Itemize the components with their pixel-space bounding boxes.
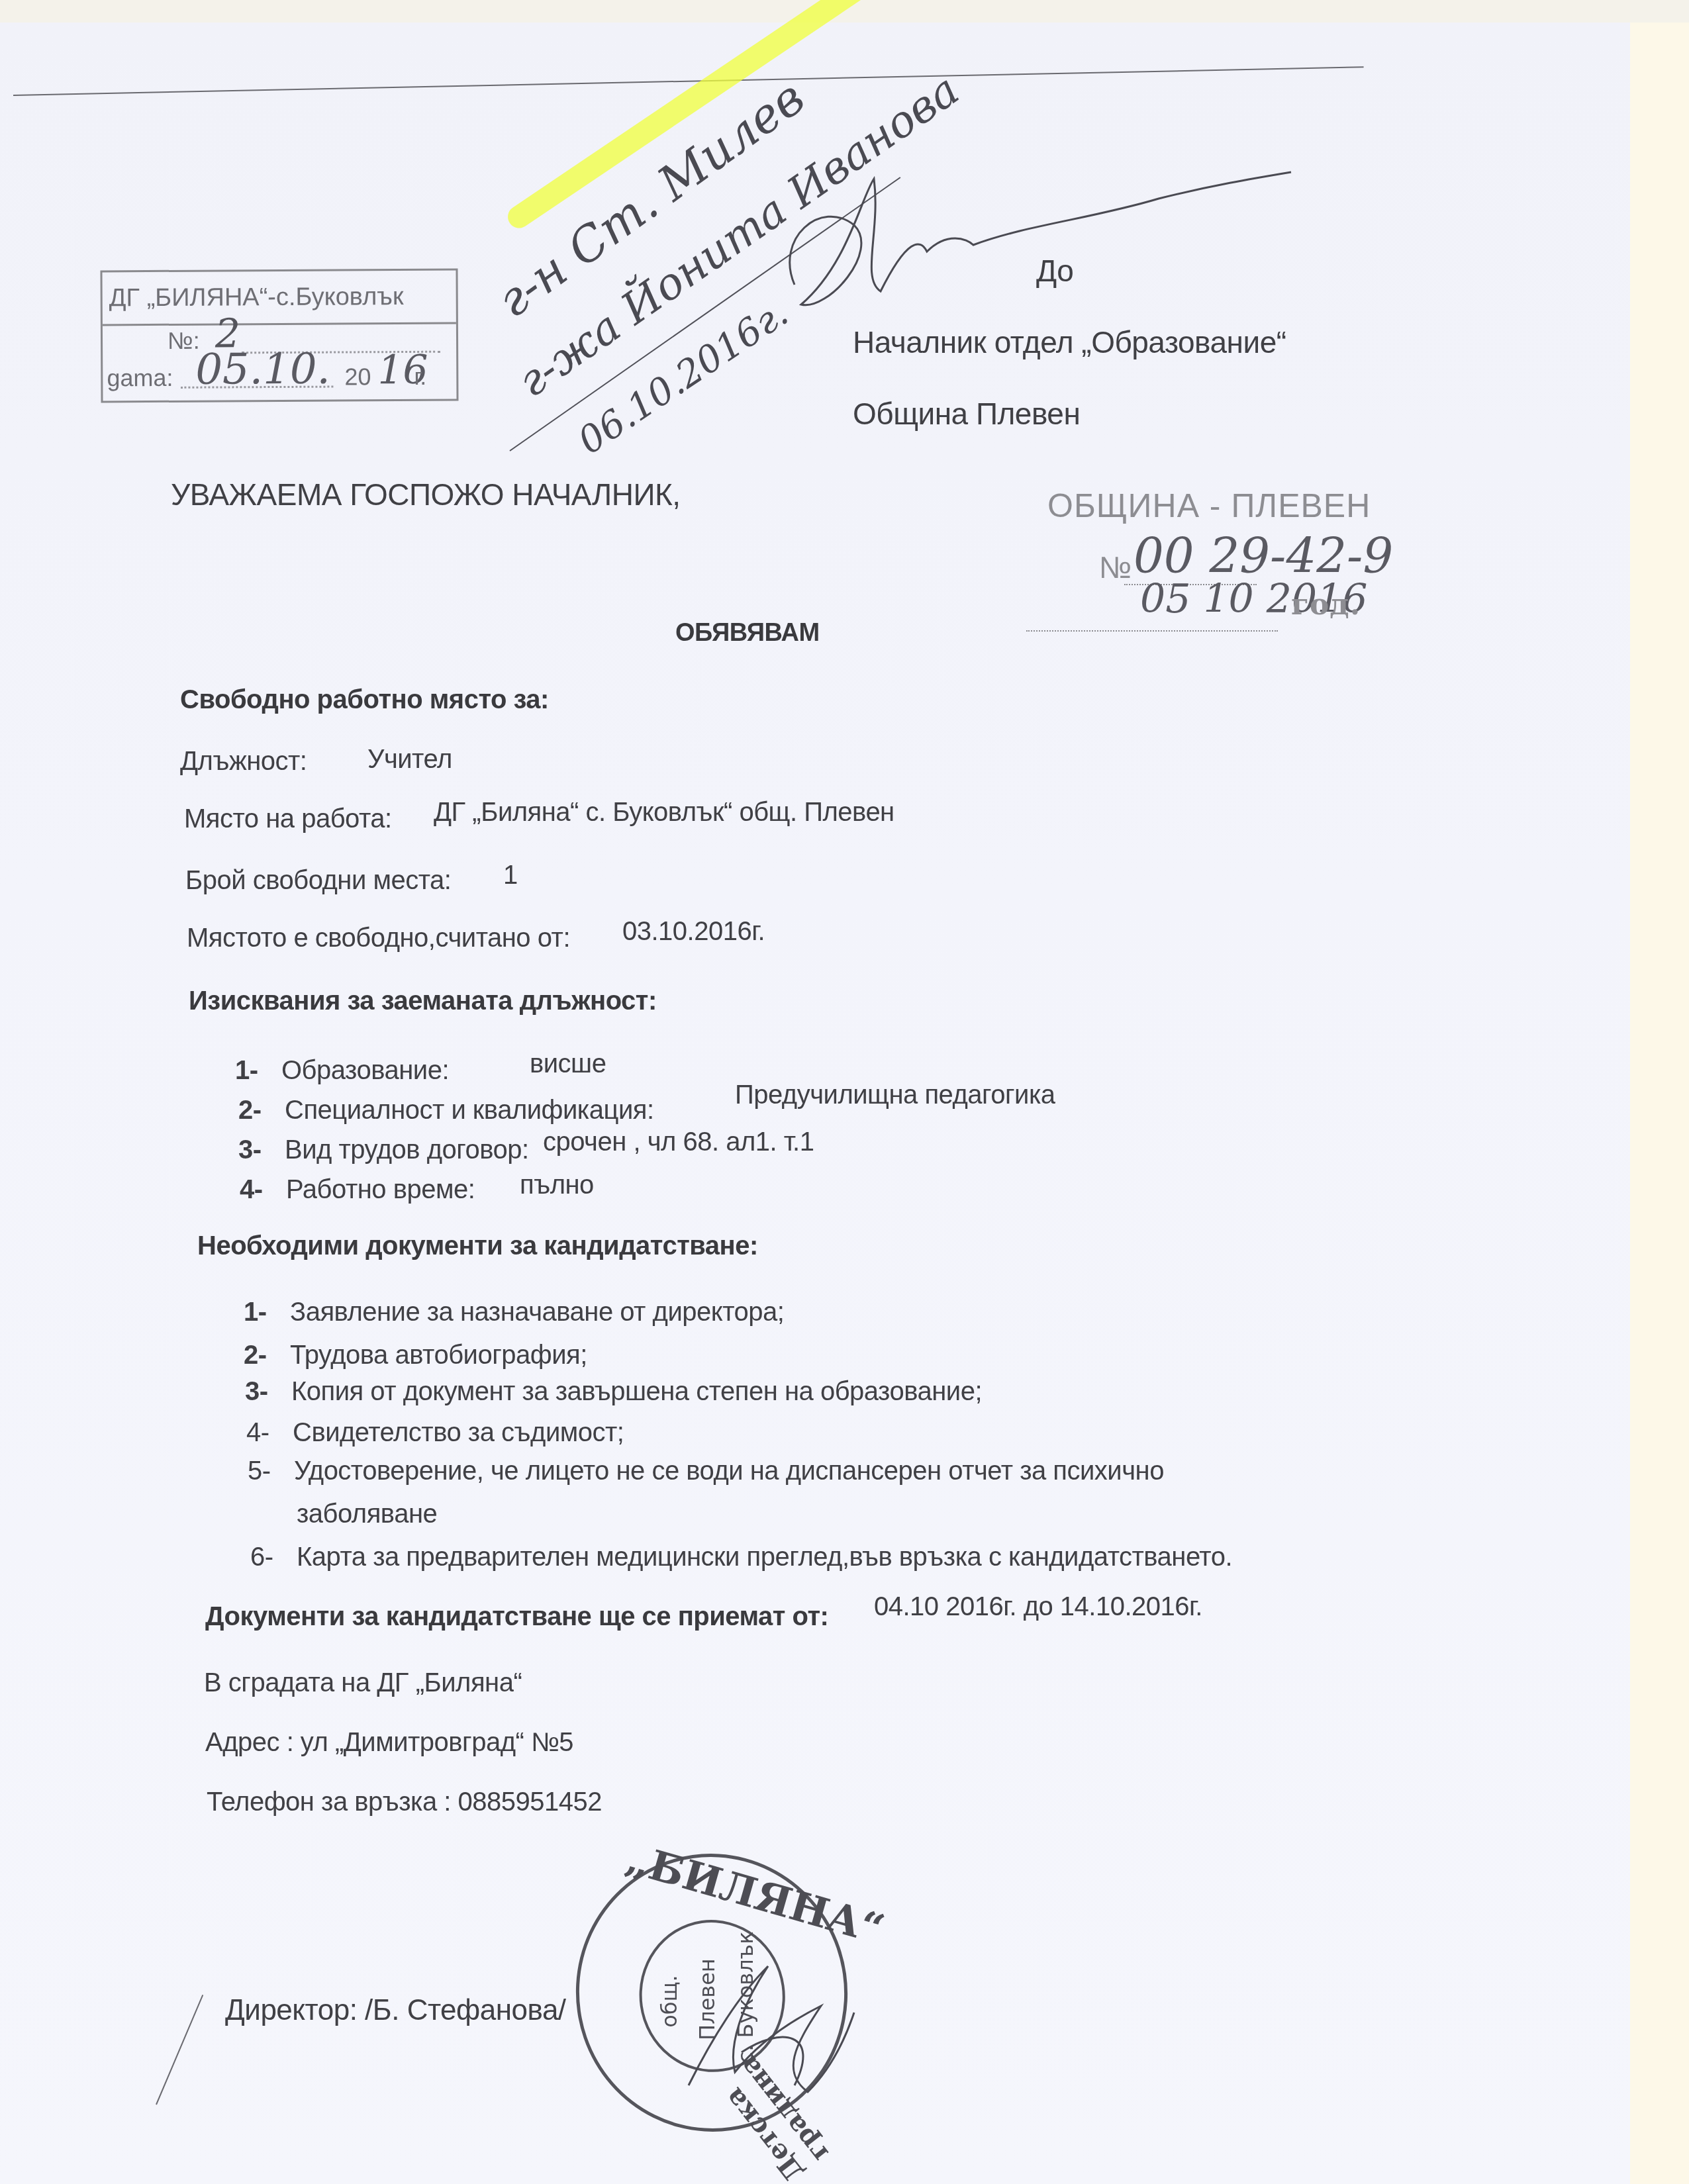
addressee-position: Началник отдел „Образование“	[853, 324, 1286, 360]
document-item: 4-Свидетелство за съдимост;	[246, 1418, 624, 1448]
free-from-value: 03.10.2016г.	[622, 917, 765, 947]
requirement-value: пълно	[520, 1170, 594, 1200]
submission-location: В сградата на ДГ „Биляна“	[204, 1668, 522, 1698]
vacancy-count-value: 1	[503, 861, 518, 890]
municipal-stamp-year-label: год.	[1291, 588, 1361, 622]
requirement-value: висше	[530, 1049, 606, 1079]
registry-stamp: ДГ „БИЛЯНА“-с.Буковлък №: 2 gama: 05.10.…	[100, 269, 458, 403]
document-item: 5-Удостоверение, че лицето не се води на…	[248, 1456, 1164, 1486]
registry-stamp-institution: ДГ „БИЛЯНА“-с.Буковлък	[102, 271, 456, 326]
registry-year-prefix: 20	[344, 363, 371, 391]
registry-year-unit: г.	[414, 363, 426, 391]
salutation: УВАЖАЕМА ГОСПОЖО НАЧАЛНИК,	[171, 477, 681, 512]
free-from-label: Мястото е свободно,считано от:	[187, 924, 570, 953]
workplace-value: ДГ „Биляна“ с. Буковлък“ общ. Плевен	[434, 798, 894, 828]
addressee-organization: Община Плевен	[853, 396, 1080, 432]
heading-announce: ОБЯВЯВАМ	[675, 619, 820, 647]
requirement-item: 1-Образование:	[235, 1056, 449, 1086]
registry-date-label: gama:	[107, 364, 173, 393]
position-label: Длъжност:	[180, 747, 307, 777]
document-item-continuation: заболяване	[297, 1499, 437, 1529]
resolution-signature-icon	[748, 159, 1344, 331]
vacancy-title: Свободно работно място за:	[180, 685, 549, 715]
requirements-title: Изисквания за заеманата длъжност:	[189, 986, 657, 1016]
position-value: Учител	[367, 745, 452, 775]
documents-title: Необходими документи за кандидатстване:	[197, 1231, 758, 1261]
document-item: 1-Заявление за назначаване от директора;	[244, 1298, 784, 1327]
submission-period: 04.10 2016г. до 14.10.2016г.	[874, 1592, 1202, 1622]
municipal-stamp-date-dots	[1026, 630, 1278, 632]
requirement-item: 3-Вид трудов договор:	[238, 1135, 529, 1165]
addressee-to: До	[1036, 253, 1073, 289]
director-handwritten-signature-icon	[662, 1953, 861, 2125]
director-signature-label: Директор: /Б. Стефанова/	[225, 1994, 566, 2027]
requirement-value: срочен , чл 68. ал1. т.1	[543, 1127, 814, 1157]
document-item: 2-Трудова автобиография;	[244, 1341, 587, 1370]
document-item: 6-Карта за предварителен медицински прег…	[250, 1543, 1232, 1572]
requirement-item: 2-Специалност и квалификация:	[238, 1096, 654, 1125]
municipal-stamp-number-label: №	[1099, 549, 1132, 585]
document-item: 3-Копия от документ за завършена степен …	[245, 1377, 982, 1407]
submission-phone: Телефон за връзка : 0885951452	[207, 1787, 602, 1817]
registry-date-value: 05.10.	[195, 345, 330, 395]
municipal-stamp-title: ОБЩИНА - ПЛЕВЕН	[1047, 487, 1371, 525]
workplace-label: Място на работа:	[184, 804, 392, 834]
requirement-item: 4-Работно време:	[240, 1175, 475, 1205]
submission-address: Адрес : ул „Димитровград“ №5	[205, 1728, 573, 1758]
vacancy-count-label: Брой свободни места:	[185, 866, 451, 896]
requirement-value: Предучилищна педагогика	[735, 1080, 1055, 1110]
submission-label: Документи за кандидатстване ще се приема…	[205, 1602, 828, 1632]
